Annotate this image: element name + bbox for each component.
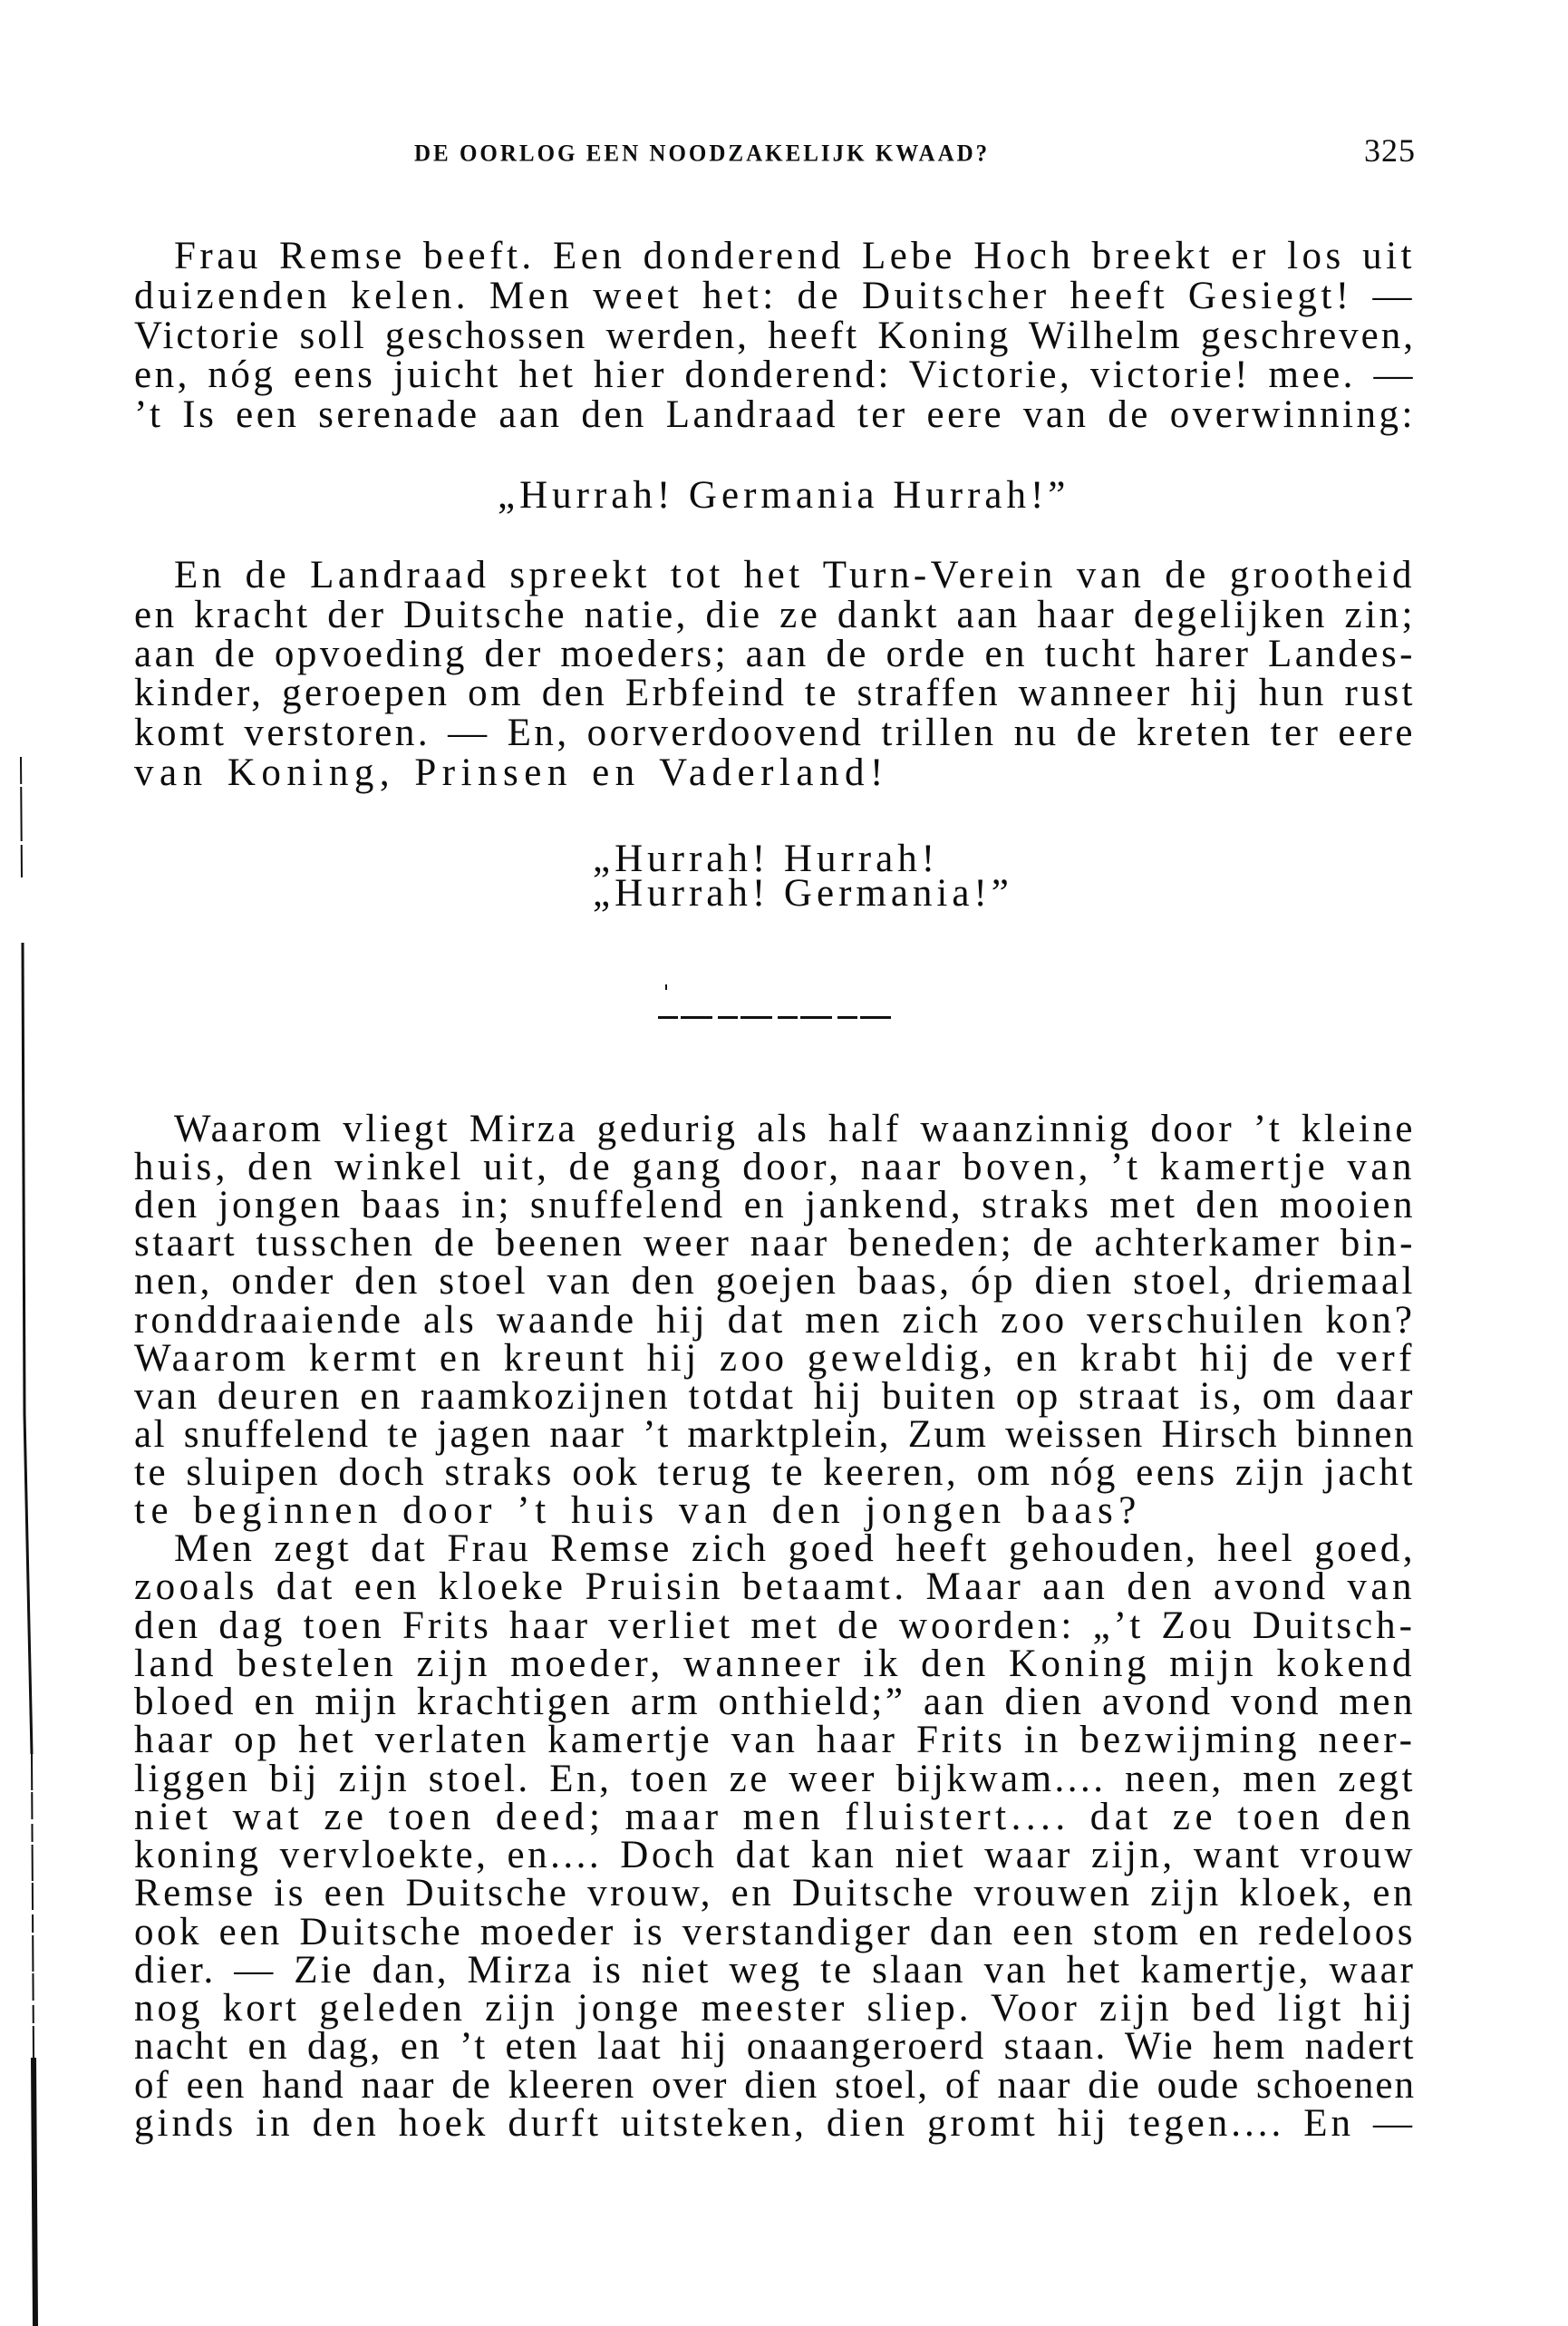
- text-line: nacht en dag, en ’t eten laat hij onaang…: [134, 2027, 1416, 2067]
- text-line: staart tusschen de beenen weer naar bene…: [134, 1224, 1416, 1264]
- text-line: en, nóg eens juicht het hier donderend: …: [134, 355, 1416, 395]
- text-line: dier. — Zie dan, Mirza is niet weg te sl…: [134, 1951, 1416, 1991]
- text-line: En de Landraad spreekt tot het Turn-Vere…: [174, 556, 1416, 596]
- text-line: van deuren en raamkozijnen totdat hij bu…: [134, 1377, 1416, 1417]
- text-line: den jongen baas in; snuffelend en janken…: [134, 1186, 1416, 1226]
- text-line: Remse is een Duitsche vrouw, en Duitsche…: [134, 1874, 1416, 1914]
- text-line: ’t Is een serenade aan den Landraad ter …: [134, 395, 1416, 435]
- text-line: te beginnen door ’t huis van den jongen …: [134, 1491, 1416, 1531]
- text-line: ook een Duitsche moeder is verstandiger …: [134, 1913, 1416, 1953]
- text-line: duizenden kelen. Men weet het: de Duitsc…: [134, 276, 1416, 316]
- text-line: huis, den winkel uit, de gang door, naar…: [134, 1148, 1416, 1187]
- text-line: liggen bij zijn stoel. En, toen ze weer …: [134, 1759, 1416, 1799]
- text-line: Waarom vliegt Mirza gedurig als half waa…: [174, 1110, 1416, 1149]
- text-line: aan de opvoeding der moeders; aan de ord…: [134, 635, 1416, 674]
- scan-margin-rule: [0, 0, 54, 2326]
- text-line: ginds in den hoek durft uitsteken, dien …: [134, 2104, 1416, 2144]
- text-line: niet wat ze toen deed; maar men fluister…: [134, 1798, 1416, 1837]
- text-line: Men zegt dat Frau Remse zich goed heeft …: [174, 1529, 1416, 1569]
- text-line: Frau Remse beeft. Een donderend Lebe Hoc…: [174, 237, 1416, 276]
- stray-dot: [665, 984, 667, 990]
- running-head: DE OORLOG EEN NOODZAKELIJK KWAAD? 325: [414, 136, 1416, 172]
- text-line: bloed en mijn krachtigen arm onthield;” …: [134, 1682, 1416, 1722]
- text-line: Waarom kermt en kreunt hij zoo geweldig,…: [134, 1339, 1416, 1379]
- text-line: haar op het verlaten kamertje van haar F…: [134, 1720, 1416, 1760]
- text-line: zooals dat een kloeke Pruisin betaamt. M…: [134, 1567, 1416, 1607]
- section-separator: [658, 1016, 891, 1019]
- text-line: den dag toen Frits haar verliet met de w…: [134, 1606, 1416, 1646]
- verse-hurrah-germania: „Hurrah! Germania Hurrah!”: [498, 476, 1070, 516]
- book-page: DE OORLOG EEN NOODZAKELIJK KWAAD? 325 Fr…: [0, 0, 1568, 2326]
- text-line: koning vervloekte, en.... Doch dat kan n…: [134, 1836, 1416, 1875]
- text-line: Victorie soll geschossen werden, heeft K…: [134, 316, 1416, 356]
- text-line: nen, onder den stoel van den goejen baas…: [134, 1262, 1416, 1302]
- page-number: 325: [1364, 132, 1416, 169]
- verse-line: „Hurrah! Germania!”: [593, 874, 1013, 914]
- running-title: DE OORLOG EEN NOODZAKELIJK KWAAD?: [414, 135, 990, 173]
- text-line: nog kort geleden zijn jonge meester slie…: [134, 1989, 1416, 2029]
- text-line: of een hand naar de kleeren over dien st…: [134, 2066, 1416, 2106]
- text-line: te sluipen doch straks ook terug te keer…: [134, 1453, 1416, 1493]
- text-line: ronddraaiende als waande hij dat men zic…: [134, 1301, 1416, 1341]
- text-line: komt verstoren. — En, oorverdoovend tril…: [134, 713, 1416, 753]
- text-line: van Koning, Prinsen en Vaderland!: [134, 753, 1416, 793]
- text-line: land bestelen zijn moeder, wanneer ik de…: [134, 1644, 1416, 1684]
- text-line: en kracht der Duitsche natie, die ze dan…: [134, 596, 1416, 635]
- text-line: kinder, geroepen om den Erbfeind te stra…: [134, 674, 1416, 713]
- text-line: al snuffelend te jagen naar ’t marktplei…: [134, 1415, 1416, 1455]
